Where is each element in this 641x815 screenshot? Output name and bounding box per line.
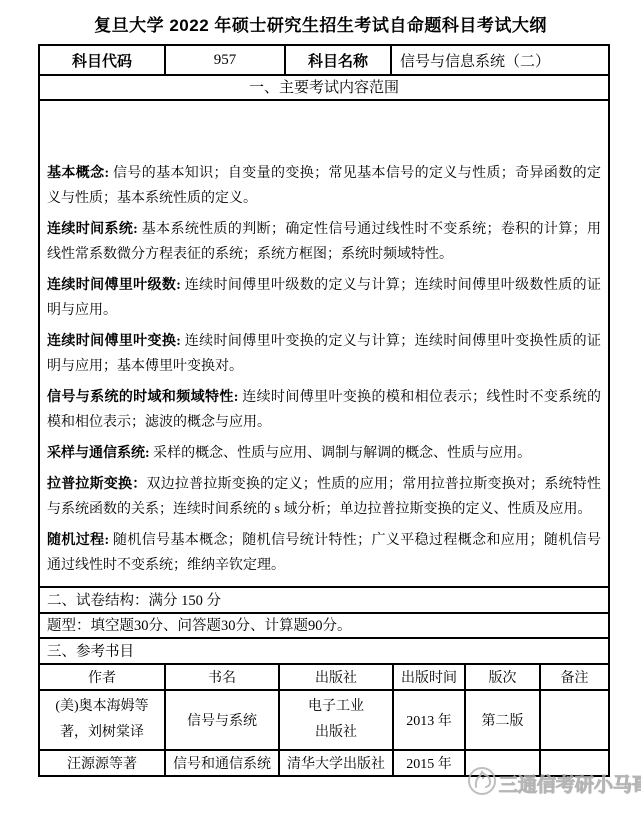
page-title: 复旦大学 2022 年硕士研究生招生考试自命题科目考试大纲 [0, 11, 641, 36]
book-publisher: 电子工业 出版社 [278, 691, 392, 749]
col-header-pubdate: 出版时间 [392, 665, 464, 689]
book-author: (美)奥本海姆等 著，刘树棠译 [40, 691, 164, 749]
section2-heading: 二、试卷结构：满分 150 分 [40, 588, 608, 614]
paragraph-fourier-series: 连续时间傅里叶级数: 连续时间傅里叶级数的定义与计算；连续时间傅里叶级数性质的证… [47, 273, 601, 323]
book-note [539, 691, 608, 749]
col-header-note: 备注 [539, 665, 608, 689]
paragraph-laplace-transform: 拉普拉斯变换：双边拉普拉斯变换的定义；性质的应用；常用拉普拉斯变换对；系统特性与… [47, 472, 601, 522]
topic-label: 采样与通信系统: [47, 446, 150, 461]
col-header-author: 作者 [40, 665, 164, 689]
question-types: 题型：填空题30分、问答题30分、计算题90分。 [40, 614, 608, 639]
topic-label: 随机过程: [47, 533, 109, 548]
book-author: 汪源源等著 [40, 751, 164, 775]
exam-syllabus-page: { "page_title": "复旦大学 2022 年硕士研究生招生考试自命题… [0, 0, 641, 815]
subject-code-value: 957 [164, 46, 284, 74]
books-table-header: 作者 书名 出版社 出版时间 版次 备注 [40, 665, 608, 691]
subject-row: 科目代码 957 科目名称 信号与信息系统（二） [40, 46, 608, 76]
book-title: 信号和通信系统 [164, 751, 278, 775]
book-year: 2013 年 [392, 691, 464, 749]
paragraph-ct-systems: 连续时间系统: 基本系统性质的判断；确定性信号通过线性时不变系统；卷积的计算；用… [47, 217, 601, 267]
col-header-publisher: 出版社 [278, 665, 392, 689]
exam-content-box: 基本概念: 信号的基本知识；自变量的变换；常见基本信号的定义与性质；奇异函数的定… [40, 101, 608, 588]
subject-name-label: 科目名称 [284, 46, 390, 74]
topic-text: 采样的概念、性质与应用、调制与解调的概念、性质与应用。 [150, 446, 532, 461]
topic-label: 连续时间系统: [47, 222, 138, 237]
paragraph-random-process: 随机过程: 随机信号基本概念；随机信号统计特性；广义平稳过程概念和应用；随机信号… [47, 528, 601, 578]
syllabus-table: 科目代码 957 科目名称 信号与信息系统（二） 一、主要考试内容范围 基本概念… [38, 44, 610, 777]
topic-text: 信号的基本知识；自变量的变换；常见基本信号的定义与性质；奇异函数的定义与性质；基… [47, 166, 601, 206]
col-header-title: 书名 [164, 665, 278, 689]
table-row: 汪源源等著 信号和通信系统 清华大学出版社 2015 年 [40, 751, 608, 775]
paragraph-fourier-transform: 连续时间傅里叶变换: 连续时间傅里叶变换的定义与计算；连续时间傅里叶变换性质的证… [47, 329, 601, 379]
table-row: (美)奥本海姆等 著，刘树棠译 信号与系统 电子工业 出版社 2013 年 第二… [40, 691, 608, 751]
topic-label: 连续时间傅里叶变换: [47, 334, 181, 349]
paragraph-time-freq-characteristics: 信号与系统的时域和频域特性: 连续时间傅里叶变换的模和相位表示；线性时不变系统的… [47, 385, 601, 435]
book-title: 信号与系统 [164, 691, 278, 749]
book-note [539, 751, 608, 775]
paragraph-basic-concepts: 基本概念: 信号的基本知识；自变量的变换；常见基本信号的定义与性质；奇异函数的定… [47, 161, 601, 211]
subject-name-value: 信号与信息系统（二） [390, 46, 608, 74]
book-year: 2015 年 [392, 751, 464, 775]
book-publisher: 清华大学出版社 [278, 751, 392, 775]
section1-heading: 一、主要考试内容范围 [40, 76, 608, 101]
book-edition: 第二版 [464, 691, 539, 749]
section3-heading: 三、参考书目 [40, 639, 608, 665]
col-header-edition: 版次 [464, 665, 539, 689]
topic-label: 拉普拉斯变换： [47, 477, 146, 492]
book-edition [464, 751, 539, 775]
topic-label: 基本概念: [47, 166, 109, 181]
topic-label: 信号与系统的时域和频域特性: [47, 390, 238, 405]
subject-code-label: 科目代码 [40, 46, 164, 74]
topic-label: 连续时间傅里叶级数: [47, 278, 181, 293]
topic-text: 随机信号基本概念；随机信号统计特性；广义平稳过程概念和应用；随机信号通过线性时不… [47, 533, 601, 573]
paragraph-sampling-communication: 采样与通信系统: 采样的概念、性质与应用、调制与解调的概念、性质与应用。 [47, 441, 601, 466]
